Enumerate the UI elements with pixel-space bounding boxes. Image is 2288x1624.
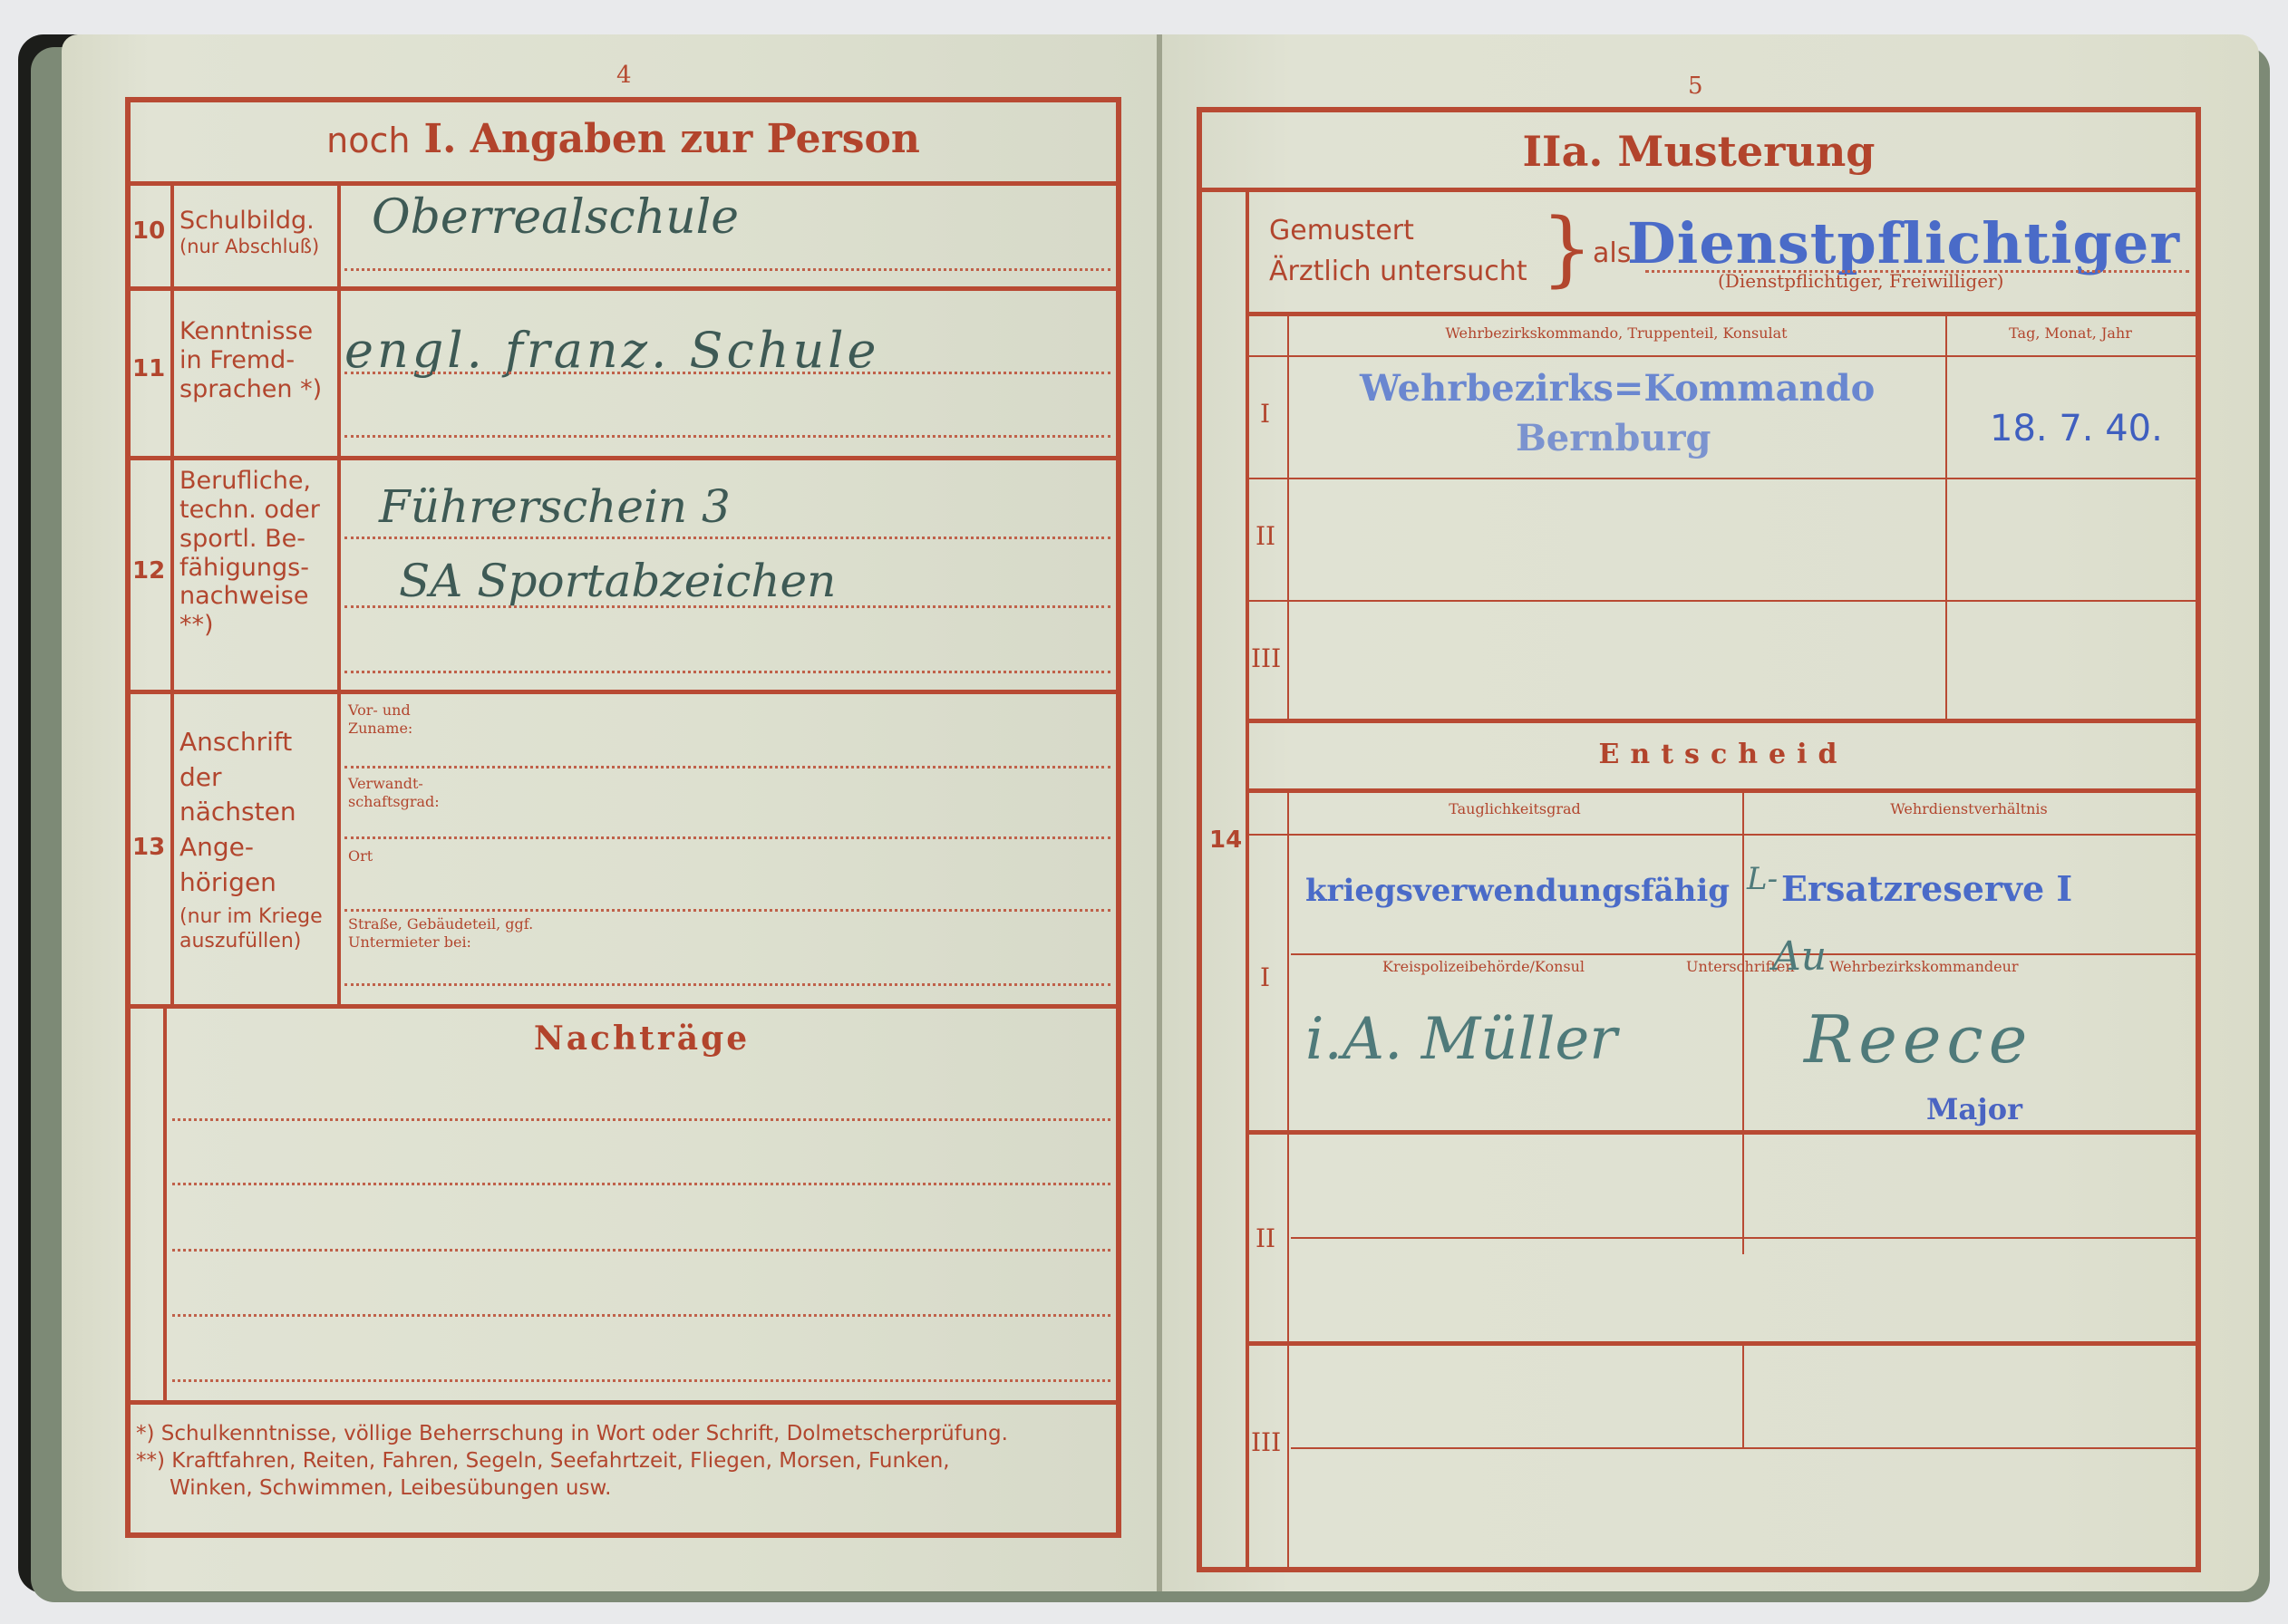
divider xyxy=(1287,793,1289,1568)
label-text: Schulbildg. xyxy=(179,207,334,236)
label-text: Anschrift der nächsten Ange-hörigen xyxy=(179,725,335,900)
dotted-line xyxy=(344,435,1110,438)
entscheid-title: Entscheid xyxy=(1251,739,2196,770)
stamp-major: Major xyxy=(1926,1092,2022,1126)
divider xyxy=(125,1004,1121,1009)
divider xyxy=(1247,719,2201,723)
entry-schulbildung: Oberrealschule xyxy=(372,190,739,245)
stamp-bernburg: Bernburg xyxy=(1516,417,1711,459)
divider xyxy=(1247,478,2201,479)
row-number-10: 10 xyxy=(132,217,165,245)
dotted-line xyxy=(344,836,1110,839)
label-wehrbezirkskommandeur: Wehrbezirkskommandeur xyxy=(1829,958,2019,976)
row-label-fremdsprachen: Kenntnisse in Fremd-sprachen *) xyxy=(179,317,334,404)
left-page-title: noch I. Angaben zur Person xyxy=(131,116,1116,179)
gemustert-labels: Gemustert Ärztlich untersucht xyxy=(1269,210,1527,292)
divider xyxy=(125,456,1121,460)
row-number-11: 11 xyxy=(132,355,165,382)
dotted-line xyxy=(344,372,1110,374)
entry-fremdsprachen: engl. franz. Schule xyxy=(344,322,879,379)
row-label-angehoerige: Anschrift der nächsten Ange-hörigen (nur… xyxy=(179,725,335,953)
field-label-ort: Ort xyxy=(348,847,373,865)
divider xyxy=(1247,1341,2201,1346)
signature-left: i.A. Müller xyxy=(1305,1006,1617,1073)
handwritten-status-prefix: L- xyxy=(1747,861,1778,897)
divider xyxy=(1291,1447,2201,1449)
dotted-line xyxy=(172,1118,1110,1121)
title-prefix: noch xyxy=(326,121,410,160)
header-date: Tag, Monat, Jahr xyxy=(1947,324,2194,343)
label-kreispolizeibehoerde: Kreispolizeibehörde/Konsul xyxy=(1382,958,1585,976)
label-gemustert: Gemustert xyxy=(1269,210,1527,251)
divider xyxy=(1945,315,1947,719)
roman-III: III xyxy=(1251,643,1281,673)
label-subtext: (nur im Kriege auszufüllen) xyxy=(179,905,335,953)
divider xyxy=(1246,190,1249,1570)
divider xyxy=(125,181,1121,186)
dotted-line xyxy=(344,766,1110,768)
header-tauglichkeitsgrad: Tauglichkeitsgrad xyxy=(1289,800,1740,818)
dotted-line xyxy=(172,1183,1110,1185)
stamp-wehrdienstverhaeltnis: Ersatzreserve I xyxy=(1781,868,2072,909)
dotted-line xyxy=(172,1379,1110,1382)
footnotes: *) Schulkenntnisse, völlige Beherrschung… xyxy=(136,1421,1115,1503)
handwritten-initial: Au xyxy=(1772,933,1827,980)
nachtraege-title: Nachträge xyxy=(167,1020,1117,1058)
label-aerztlich-untersucht: Ärztlich untersucht xyxy=(1269,251,1527,292)
divider xyxy=(1291,1237,2201,1239)
roman-II: II xyxy=(1255,521,1275,551)
dotted-line xyxy=(344,268,1110,271)
field-label-verwandtschaft: Verwandt-schaftsgrad: xyxy=(348,775,457,811)
entry-befaehigungen-2: SA Sportabzeichen xyxy=(399,555,836,607)
divider xyxy=(337,184,341,1006)
divider xyxy=(125,286,1121,291)
row-label-befaehigungen: Berufliche, techn. oder sportl. Be-fähig… xyxy=(179,467,334,640)
signature-right: Reece xyxy=(1804,1001,2032,1078)
section-title: IIa. Musterung xyxy=(1202,127,2196,176)
section-title: I. Angaben zur Person xyxy=(424,116,920,162)
hint-dienstpflichtiger: (Dienstpflichtiger, Freiwilliger) xyxy=(1718,270,2003,293)
divider xyxy=(1291,953,2201,955)
divider xyxy=(1247,1130,2201,1135)
row-number-12: 12 xyxy=(132,557,165,585)
dotted-line xyxy=(344,909,1110,912)
divider xyxy=(170,184,174,1006)
stamp-date: 18. 7. 40. xyxy=(1990,408,2163,449)
footnote-2-cont: Winken, Schwimmen, Leibesübungen usw. xyxy=(136,1475,1115,1503)
footnote-1: *) Schulkenntnisse, völlige Beherrschung… xyxy=(136,1421,1115,1448)
dotted-line xyxy=(344,983,1110,986)
divider xyxy=(1247,355,2201,357)
label-subtext: (nur Abschluß) xyxy=(179,236,334,258)
stamp-wehrbezirkskommando: Wehrbezirks=Kommando xyxy=(1360,367,1875,410)
divider xyxy=(125,690,1121,694)
divider xyxy=(1247,600,2201,602)
divider xyxy=(1742,1346,1744,1447)
divider xyxy=(125,1400,1121,1405)
roman-I: I xyxy=(1260,962,1270,992)
roman-II: II xyxy=(1255,1223,1275,1253)
label-als: als xyxy=(1593,237,1631,269)
stamp-dienstpflichtiger: Dienstpflichtiger xyxy=(1627,210,2180,276)
entry-befaehigungen-1: Führerschein 3 xyxy=(379,480,731,533)
row-number-14: 14 xyxy=(1209,826,1242,854)
divider xyxy=(163,1006,167,1400)
page-number-left: 4 xyxy=(616,62,632,89)
divider xyxy=(1247,312,2201,316)
divider xyxy=(1247,788,2201,793)
divider xyxy=(1197,188,2201,192)
divider xyxy=(1287,315,1289,719)
footnote-2: **) Kraftfahren, Reiten, Fahren, Segeln,… xyxy=(136,1448,1115,1475)
stamp-tauglichkeitsgrad: kriegsverwendungsfähig xyxy=(1305,873,1730,909)
page-number-right: 5 xyxy=(1688,72,1703,100)
book-spine xyxy=(1157,34,1162,1591)
brace-icon: } xyxy=(1541,201,1593,296)
header-wehrdienstverhaeltnis: Wehrdienstverhältnis xyxy=(1744,800,2194,818)
field-label-name: Vor- und Zuname: xyxy=(348,701,457,738)
dotted-line xyxy=(344,605,1110,608)
row-number-13: 13 xyxy=(132,834,165,861)
roman-I: I xyxy=(1260,399,1270,429)
dotted-line xyxy=(172,1249,1110,1252)
row-label-schulbildung: Schulbildg. (nur Abschluß) xyxy=(179,207,334,258)
dotted-line xyxy=(344,536,1110,539)
roman-III: III xyxy=(1251,1427,1281,1457)
header-authority: Wehrbezirkskommando, Truppenteil, Konsul… xyxy=(1289,324,1944,343)
divider xyxy=(1247,834,2201,836)
field-label-strasse: Straße, Gebäudeteil, ggf. Untermieter be… xyxy=(348,915,566,952)
dotted-line xyxy=(344,671,1110,673)
dotted-line xyxy=(172,1314,1110,1317)
